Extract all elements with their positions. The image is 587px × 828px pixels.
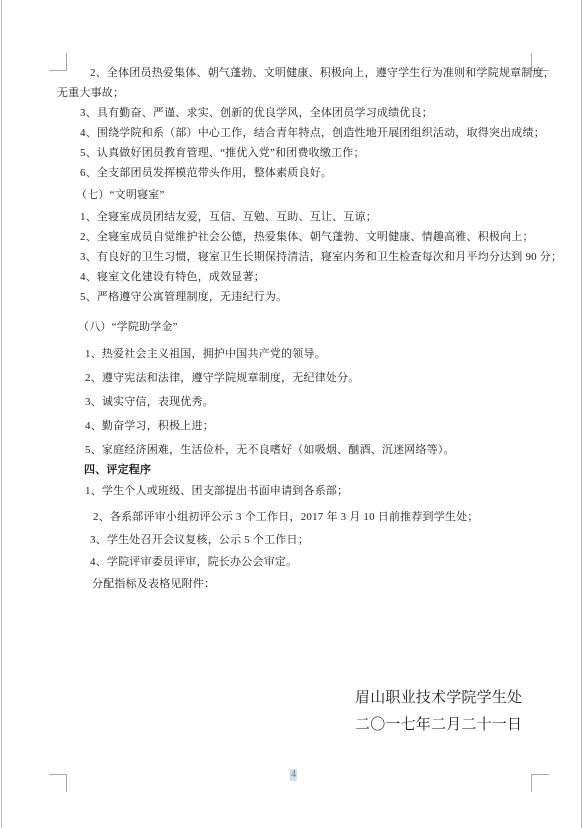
page-footer: 4 bbox=[0, 769, 587, 781]
signature-org[interactable]: 眉山职业技术学院学生处 bbox=[355, 691, 522, 705]
para-procedure-3[interactable]: 3、学生处召开会议复核，公示 5 个工作日； bbox=[90, 533, 309, 547]
para-team-2-line1[interactable]: 2、全体团员热爱集体、朝气蓬勃、文明健康、积极向上，遵守学生行为准则和学院规章制… bbox=[90, 66, 555, 80]
para-procedure-4[interactable]: 4、学院评审委员评审，院长办公会审定。 bbox=[90, 555, 297, 569]
heading-section-7[interactable]: （七）“文明寝室” bbox=[76, 188, 165, 202]
document-page[interactable]: 2、全体团员热爱集体、朝气蓬勃、文明健康、积极向上，遵守学生行为准则和学院规章制… bbox=[0, 0, 587, 828]
para-grant-1[interactable]: 1、热爱社会主义祖国，拥护中国共产党的领导。 bbox=[85, 347, 326, 361]
para-grant-5[interactable]: 5、家庭经济困难，生活俭朴，无不良嗜好（如吸烟、酗酒、沉迷网络等）。 bbox=[85, 443, 455, 457]
page-number-field[interactable]: 4 bbox=[290, 769, 297, 781]
para-dorm-3[interactable]: 3、有良好的卫生习惯，寝室卫生长期保持清洁，寝室内务和卫生检查每次和月平均分达到… bbox=[80, 250, 562, 264]
para-dorm-4[interactable]: 4、寝室文化建设有特色，成效显著； bbox=[80, 270, 265, 284]
para-team-3[interactable]: 3、具有勤奋、严谨、求实、创新的优良学风，全体团员学习成绩优良； bbox=[80, 106, 433, 120]
para-procedure-1[interactable]: 1、学生个人或班级、团支部提出书面申请到各系部； bbox=[85, 484, 348, 498]
document-text: 2、全体团员热爱集体、朝气蓬勃、文明健康、积极向上，遵守学生行为准则和学院规章制… bbox=[0, 0, 587, 828]
para-team-2-line2[interactable]: 无重大事故； bbox=[57, 86, 124, 100]
para-grant-3[interactable]: 3、诚实守信，表现优秀。 bbox=[85, 395, 214, 409]
para-dorm-1[interactable]: 1、全寝室成员团结友爱，互信、互勉、互助、互让、互谅； bbox=[80, 210, 377, 224]
para-grant-4[interactable]: 4、勤奋学习，积极上进； bbox=[85, 419, 214, 433]
heading-section-4-procedure[interactable]: 四、评定程序 bbox=[84, 463, 151, 477]
signature-date[interactable]: 二〇一七年二月二十一日 bbox=[355, 718, 522, 732]
para-team-5[interactable]: 5、认真做好团员教育管理、“推优入党”和团费收缴工作； bbox=[80, 146, 365, 160]
heading-section-8[interactable]: （八）“学院助学金” bbox=[78, 320, 178, 334]
para-grant-2[interactable]: 2、遵守宪法和法律，遵守学院规章制度，无纪律处分。 bbox=[85, 371, 360, 385]
para-dorm-2[interactable]: 2、全寝室成员自觉维护社会公德，热爱集体、朝气蓬勃、文明健康、情趣高雅、积极向上… bbox=[80, 230, 534, 244]
para-procedure-2[interactable]: 2、各系部评审小组初评公示 3 个工作日，2017 年 3 月 10 日前推荐到… bbox=[93, 510, 479, 524]
para-dorm-5[interactable]: 5、严格遵守公寓管理制度，无违纪行为。 bbox=[80, 290, 287, 304]
para-team-4[interactable]: 4、围绕学院和系（部）中心工作，结合青年特点，创造性地开展团组织活动，取得突出成… bbox=[80, 126, 545, 140]
para-team-6[interactable]: 6、全支部团员发挥模范带头作用，整体素质良好。 bbox=[80, 166, 332, 180]
para-attachment-note[interactable]: 分配指标及表格见附件： bbox=[92, 577, 215, 591]
